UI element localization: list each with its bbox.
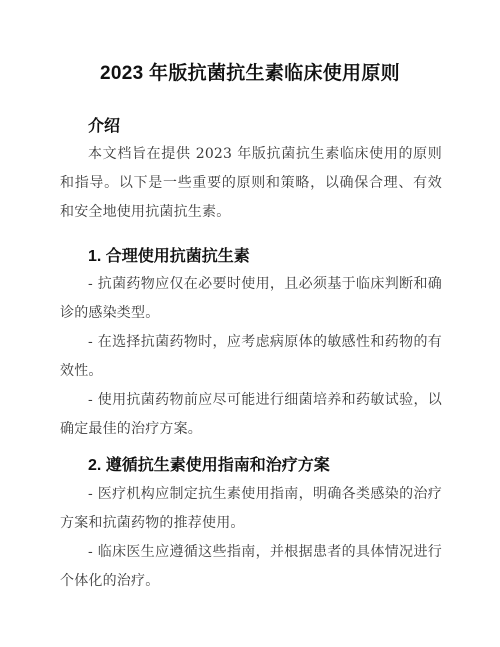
section-heading-guidelines: 2. 遵循抗生素使用指南和治疗方案 [88,455,330,477]
paragraph-guidelines-2: - 临床医生应遵循这些指南，并根据患者的具体情况进行个体化的治疗。 [60,538,442,596]
paragraph-guidelines-1: - 医疗机构应制定抗生素使用指南，明确各类感染的治疗方案和抗菌药物的推荐使用。 [60,480,442,538]
section-heading-rational-use: 1. 合理使用抗菌抗生素 [88,246,250,268]
paragraph-rational-use-1: - 抗菌药物应仅在必要时使用，且必须基于临床判断和确诊的感染类型。 [60,270,442,328]
section-heading-introduction: 介绍 [88,116,120,138]
paragraph-rational-use-2: - 在选择抗菌药物时，应考虑病原体的敏感性和药物的有效性。 [60,328,442,386]
paragraph-introduction: 本文档旨在提供 2023 年版抗菌抗生素临床使用的原则和指导。以下是一些重要的原… [60,140,442,227]
document-title: 2023 年版抗菌抗生素临床使用原则 [0,60,500,88]
paragraph-rational-use-3: - 使用抗菌药物前应尽可能进行细菌培养和药敏试验，以确定最佳的治疗方案。 [60,386,442,444]
document-page: 2023 年版抗菌抗生素临床使用原则 介绍 本文档旨在提供 2023 年版抗菌抗… [0,0,500,647]
